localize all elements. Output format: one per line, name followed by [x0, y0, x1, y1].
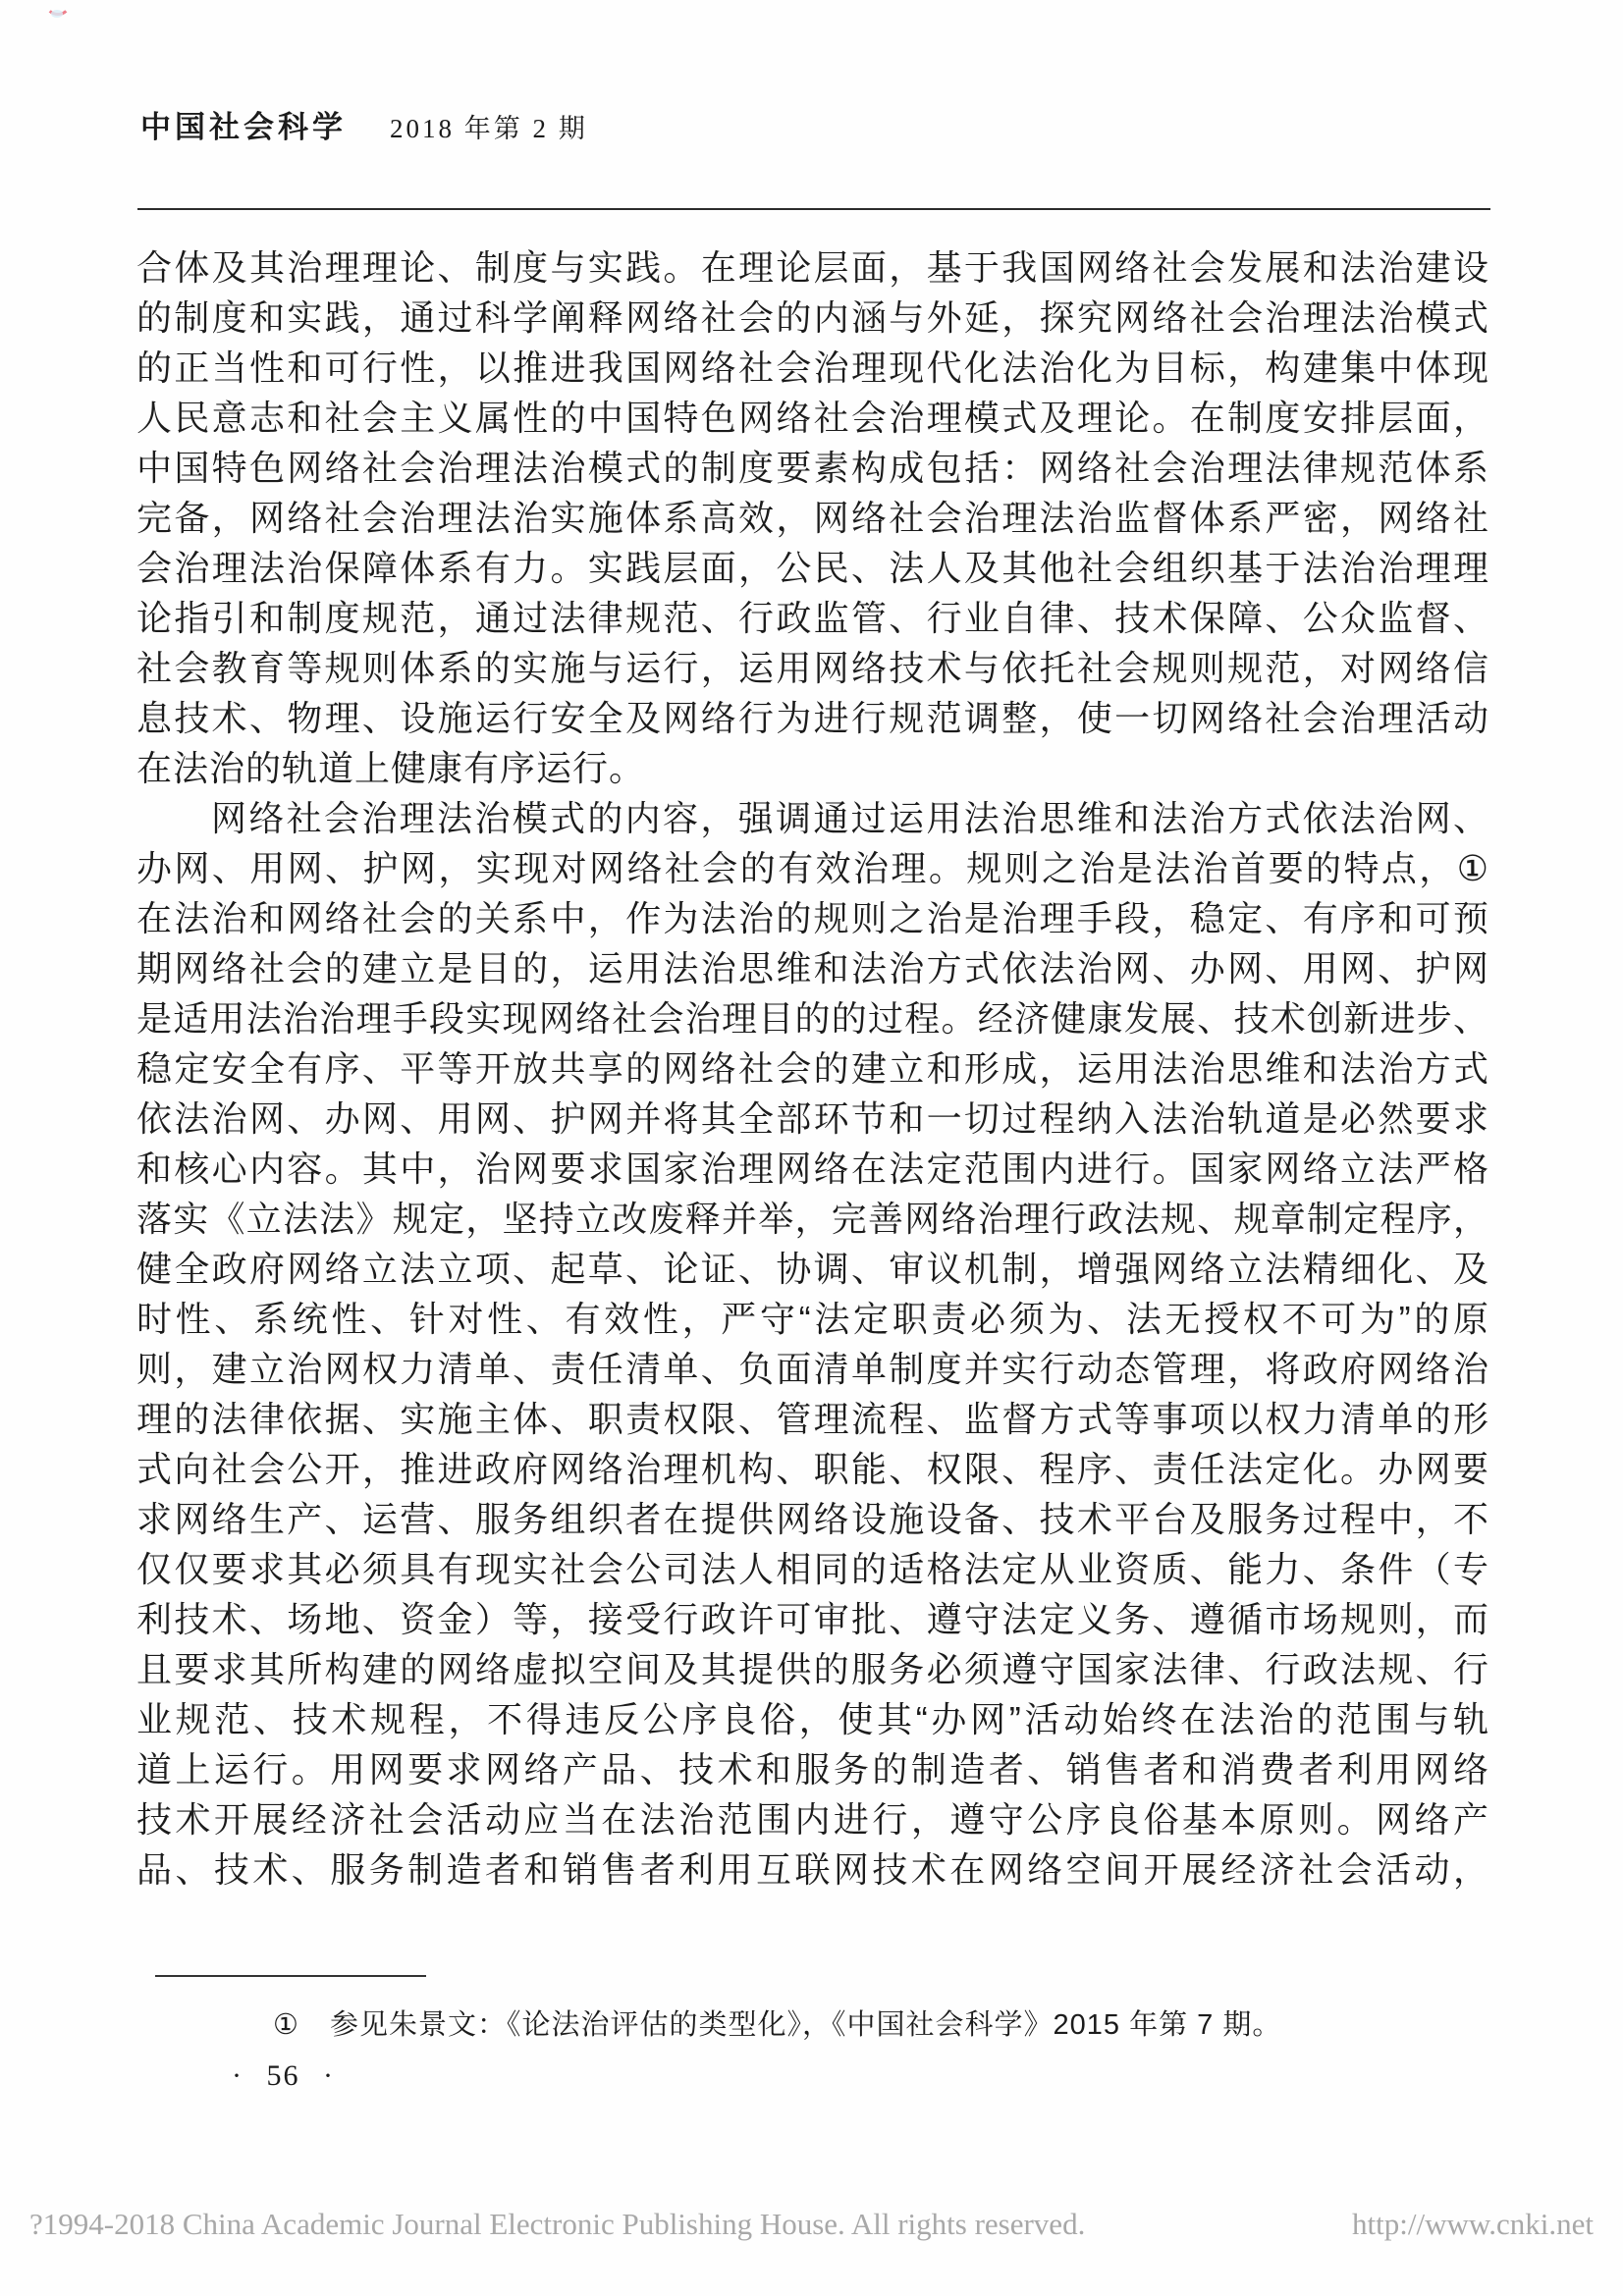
text-line: 式向社会公开，推进政府网络治理机构、职能、权限、程序、责任法定化。办网要	[136, 1444, 1489, 1494]
header-rule	[137, 208, 1490, 210]
text-line: 落实《立法法》规定，坚持立改废释并举，完善网络治理行政法规、规章制定程序，	[136, 1194, 1489, 1244]
scan-artifact-blue-smudge	[51, 10, 63, 18]
text-line: 和核心内容。其中，治网要求国家治理网络在法定范围内进行。国家网络立法严格	[136, 1144, 1489, 1194]
text-line: 稳定安全有序、平等开放共享的网络社会的建立和形成，运用法治思维和法治方式	[136, 1043, 1489, 1094]
text-line: 人民意志和社会主义属性的中国特色网络社会治理模式及理论。在制度安排层面，	[136, 393, 1489, 443]
text-line: 理的法律依据、实施主体、职责权限、管理流程、监督方式等事项以权力清单的形	[136, 1394, 1489, 1444]
text-line: 仅仅要求其必须具有现实社会公司法人相同的适格法定从业资质、能力、条件（专	[136, 1544, 1489, 1594]
journal-title: 中国社会科学	[140, 102, 347, 146]
text-line: 中国特色网络社会治理法治模式的制度要素构成包括：网络社会治理法律规范体系	[136, 443, 1489, 493]
text-line: 的制度和实践，通过科学阐释网络社会的内涵与外延，探究网络社会治理法治模式	[136, 293, 1489, 343]
issue-label: 2018 年第 2 期	[390, 107, 588, 145]
cnki-url: http://www.cnki.net	[1352, 2207, 1594, 2242]
text-line: 依法治网、办网、用网、护网并将其全部环节和一切过程纳入法治轨道是必然要求	[136, 1094, 1489, 1144]
text-line: 完备，网络社会治理法治实施体系高效，网络社会治理法治监督体系严密，网络社	[136, 493, 1489, 543]
text-line: 办网、用网、护网，实现对网络社会的有效治理。规则之治是法治首要的特点，①	[136, 843, 1489, 893]
text-line: 利技术、场地、资金）等，接受行政许可审批、遵守法定义务、遵循市场规则，而	[136, 1594, 1489, 1644]
running-head: 中国社会科学 2018 年第 2 期	[140, 102, 1493, 146]
text-line: 品、技术、服务制造者和销售者利用互联网技术在网络空间开展经济社会活动，	[136, 1844, 1489, 1895]
footnote: ① 参见朱景文：《论法治评估的类型化》，《中国社会科学》2015 年第 7 期。	[273, 2002, 1490, 2043]
text-line: 合体及其治理理论、制度与实践。在理论层面，基于我国网络社会发展和法治建设	[136, 242, 1489, 293]
text-line: 则，建立治网权力清单、责任清单、负面清单制度并实行动态管理，将政府网络治	[136, 1344, 1489, 1394]
text-line: 在法治和网络社会的关系中，作为法治的规则之治是治理手段，稳定、有序和可预	[136, 893, 1489, 943]
text-line: 技术开展经济社会活动应当在法治范围内进行，遵守公序良俗基本原则。网络产	[136, 1794, 1489, 1844]
text-line: 期网络社会的建立是目的，运用法治思维和法治方式依法治网、办网、用网、护网	[136, 943, 1489, 993]
copyright-text: ?1994-2018 China Academic Journal Electr…	[29, 2207, 1085, 2242]
text-line: 且要求其所构建的网络虚拟空间及其提供的服务必须遵守国家法律、行政法规、行	[136, 1644, 1489, 1694]
text-line: 求网络生产、运营、服务组织者在提供网络设施设备、技术平台及服务过程中，不	[136, 1494, 1489, 1544]
text-line: 道上运行。用网要求网络产品、技术和服务的制造者、销售者和消费者利用网络	[136, 1744, 1489, 1794]
text-line: 会治理法治保障体系有力。实践层面，公民、法人及其他社会组织基于法治治理理	[136, 543, 1489, 593]
footnote-marker: ①	[273, 2007, 298, 2042]
text-line: 论指引和制度规范，通过法律规范、行政监管、行业自律、技术保障、公众监督、	[136, 593, 1489, 643]
text-line: 社会教育等规则体系的实施与运行，运用网络技术与依托社会规则规范，对网络信	[136, 643, 1489, 693]
text-line: 是适用法治治理手段实现网络社会治理目的的过程。经济健康发展、技术创新进步、	[136, 993, 1489, 1043]
text-line: 健全政府网络立法立项、起草、论证、协调、审议机制，增强网络立法精细化、及	[136, 1244, 1489, 1294]
copyright-bar: ?1994-2018 China Academic Journal Electr…	[0, 2207, 1623, 2242]
text-line: 业规范、技术规程，不得违反公序良俗，使其“办网”活动始终在法治的范围与轨	[136, 1694, 1489, 1744]
text-line: 息技术、物理、设施运行安全及网络行为进行规范调整，使一切网络社会治理活动	[136, 693, 1489, 743]
text-line: 时性、系统性、针对性、有效性，严守“法定职责必须为、法无授权不可为”的原	[136, 1294, 1489, 1344]
journal-scan-page: 中国社会科学 2018 年第 2 期 合体及其治理理论、制度与实践。在理论层面，…	[0, 0, 1623, 2296]
article-body: 合体及其治理理论、制度与实践。在理论层面，基于我国网络社会发展和法治建设的制度和…	[136, 242, 1489, 1895]
footnote-separator	[155, 1975, 426, 1977]
text-line: 网络社会治理法治模式的内容，强调通过运用法治思维和法治方式依法治网、	[136, 793, 1489, 843]
page-number: · 56 ·	[232, 2059, 335, 2093]
footnote-text: 参见朱景文：《论法治评估的类型化》，《中国社会科学》2015 年第 7 期。	[330, 2002, 1281, 2043]
text-line: 的正当性和可行性，以推进我国网络社会治理现代化法治化为目标，构建集中体现	[136, 343, 1489, 393]
text-line: 在法治的轨道上健康有序运行。	[136, 743, 1489, 793]
